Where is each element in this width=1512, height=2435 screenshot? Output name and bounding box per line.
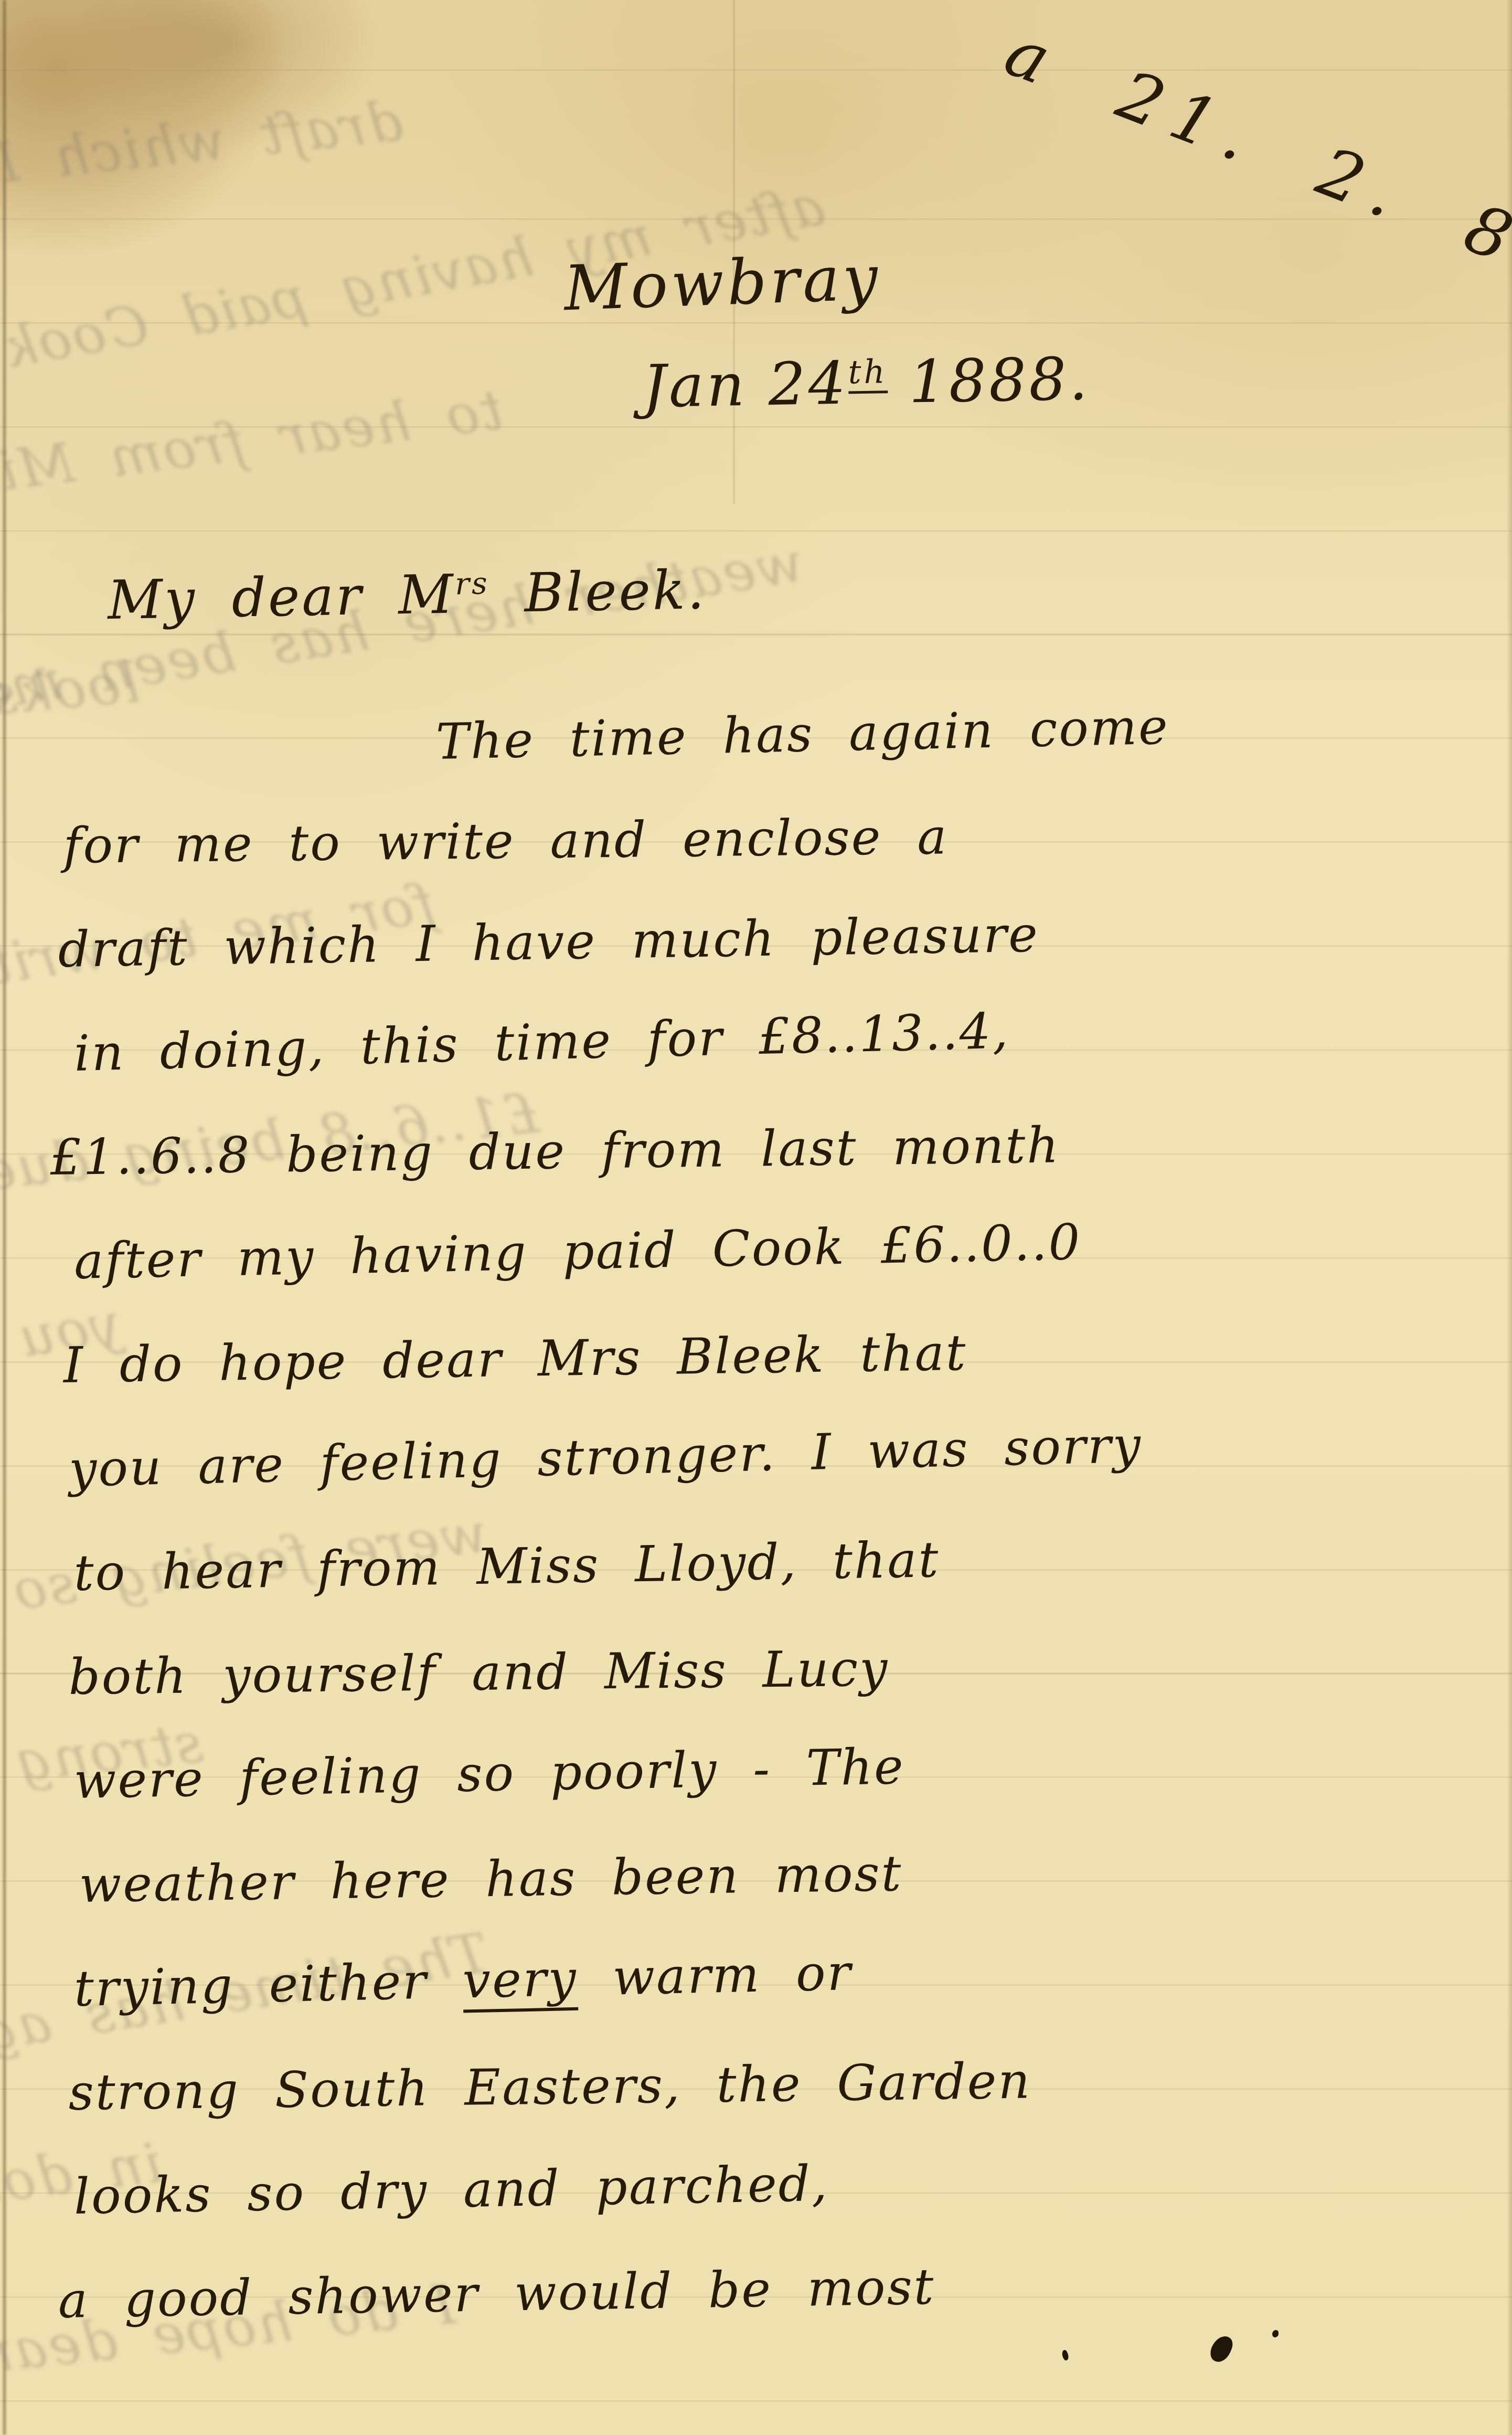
letter-line: after my having paid Cook £6..0..0 (73, 1214, 1082, 1290)
letter-line: looks so dry and parched, (73, 2155, 829, 2226)
showthrough-line: looks so dry and parched, (0, 651, 142, 786)
place-heading: Mowbray (563, 241, 882, 325)
letter-line: in doing, this time for £8..13..4, (73, 1002, 1010, 1083)
showthrough-line: draft which I have much pleasure (0, 89, 406, 264)
date-annotation: a 21. 2. 88 (995, 13, 1512, 302)
salutation-post: Bleek. (489, 559, 707, 625)
ink-blot (1272, 2330, 1279, 2337)
letter-line: weather here has been most (79, 1845, 903, 1914)
letter-line: to hear from Miss Lloyd, that (73, 1531, 940, 1602)
salutation: My dear Mrs Bleek. (107, 559, 707, 632)
ink-blot (1207, 2333, 1236, 2365)
letter-line: £1..6..8 being due from last month (50, 1117, 1060, 1187)
letter-line: trying either very warm or (73, 1944, 853, 2018)
showthrough-line: you are feeling stronger. I was sorry (0, 1291, 125, 1536)
salutation-sup: rs (455, 565, 490, 601)
ink-blot (1061, 2349, 1070, 2361)
letter-line: were feeling so poorly - The (73, 1738, 906, 1810)
line13-underlined-word: very (462, 1950, 578, 2013)
salutation-pre: My dear M (107, 563, 456, 632)
letter-page: draft which I have much pleasureafter my… (0, 0, 1512, 2435)
showthrough-line: to hear from Miss Lloyd, that (0, 378, 506, 555)
date-day: Jan 24 (642, 350, 849, 421)
letter-line: for me to write and enclose a (63, 808, 949, 875)
letter-line: The time has again come (435, 698, 1170, 771)
date-heading: Jan 24th 1888. (642, 345, 1091, 421)
page-left-edge (3, 0, 6, 2435)
date-year: 1888. (887, 345, 1091, 417)
letter-line: draft which I have much pleasure (58, 906, 1039, 979)
letter-line: I do hope dear Mrs Bleek that (63, 1325, 967, 1394)
line13-pre: trying either (73, 1952, 463, 2017)
line13-post: warm or (577, 1944, 853, 2007)
letter-line: strong South Easters, the Garden (68, 2053, 1032, 2122)
date-ordinal: th (848, 352, 888, 394)
letter-line: you are feeling stronger. I was sorry (68, 1417, 1143, 1498)
letter-line: a good shower would be most (58, 2259, 935, 2330)
page-right-edge (1507, 0, 1512, 2435)
letter-line: both yourself and Miss Lucy (68, 1640, 889, 1706)
